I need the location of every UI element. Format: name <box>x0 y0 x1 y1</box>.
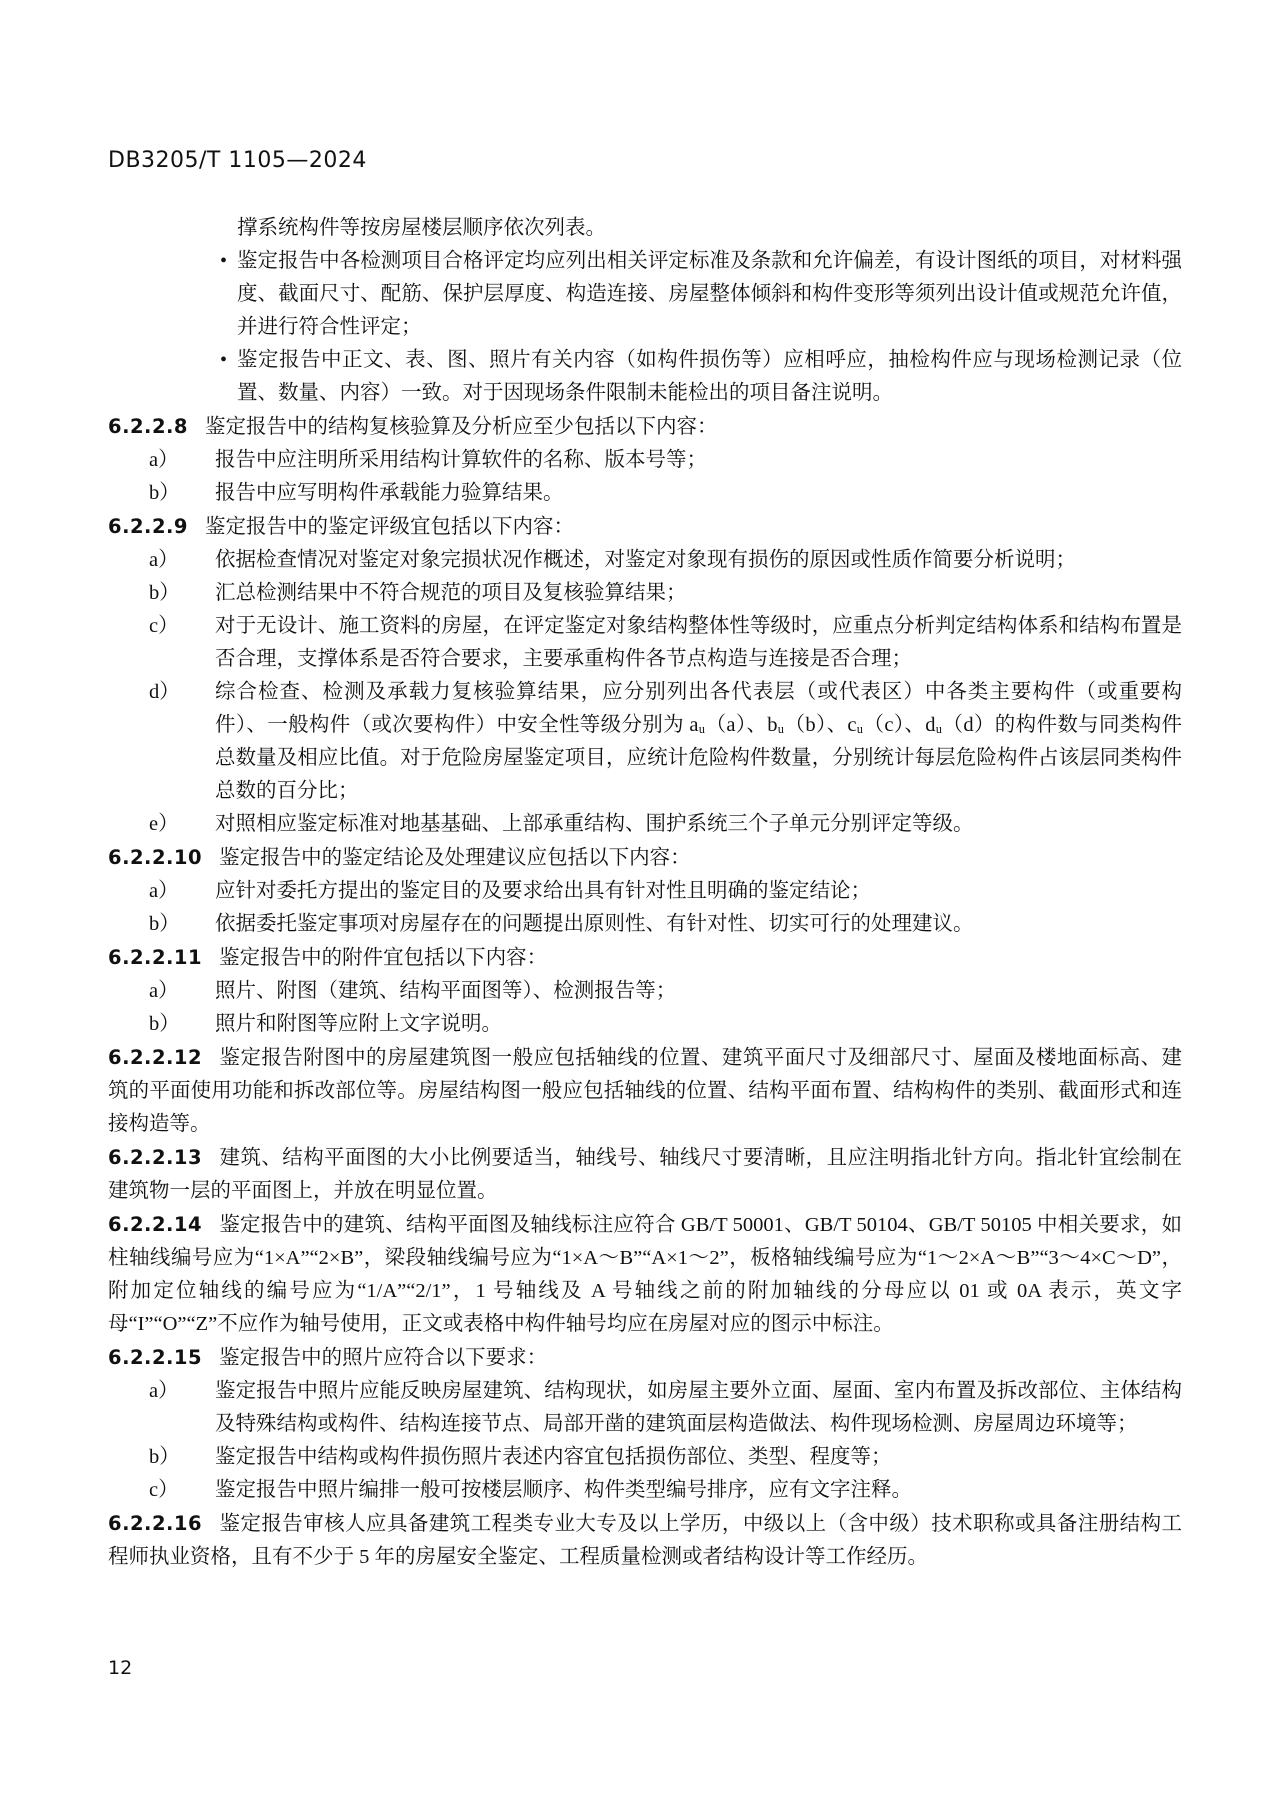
clause-number: 6.2.2.15 <box>108 1346 202 1369</box>
list-item-text: 照片、附图（建筑、结构平面图等）、检测报告等； <box>215 980 676 1002</box>
list-item-label: c） <box>149 610 179 643</box>
list-item-label: a） <box>149 875 179 908</box>
clause-number: 6.2.2.9 <box>108 515 188 538</box>
list-item-label: b） <box>149 477 180 510</box>
list-item-label: c） <box>149 1474 179 1507</box>
list-item-text: 鉴定报告中照片应能反映房屋建筑、结构现状，如房屋主要外立面、屋面、室内布置及拆改… <box>215 1380 1182 1435</box>
list-item: b）报告中应写明构件承载能力验算结果。 <box>108 477 1182 510</box>
list-item-text: 依据委托鉴定事项对房屋存在的问题提出原则性、有针对性、切实可行的处理建议。 <box>215 913 974 935</box>
clause-paragraph: 6.2.2.15鉴定报告中的照片应符合以下要求： <box>108 1341 1182 1375</box>
list-item-label: b） <box>149 1441 180 1474</box>
list-item-label: a） <box>149 975 179 1008</box>
clause-number: 6.2.2.11 <box>108 946 202 969</box>
list-item-text: 对照相应鉴定标准对地基基础、上部承重结构、围护系统三个子单元分别评定等级。 <box>215 813 974 835</box>
list-item-text: 鉴定报告中结构或构件损伤照片表述内容宜包括损伤部位、类型、程度等； <box>215 1446 892 1468</box>
list-item-text: 照片和附图等应附上文字说明。 <box>215 1013 502 1035</box>
standard-number-header: DB3205/T 1105—2024 <box>108 148 367 173</box>
list-item-label: a） <box>149 444 179 477</box>
list-item-text: 报告中应注明所采用结构计算软件的名称、版本号等； <box>215 449 707 471</box>
list-item: b）照片和附图等应附上文字说明。 <box>108 1008 1182 1041</box>
bullet-icon: • <box>220 344 227 377</box>
list-item-text: 应针对委托方提出的鉴定目的及要求给出具有针对性且明确的鉴定结论； <box>215 880 871 902</box>
clause-number: 6.2.2.10 <box>108 846 202 869</box>
bullet-icon: • <box>220 245 227 278</box>
list-item-label: e） <box>149 808 179 841</box>
list-item: d）综合检查、检测及承载力复核验算结果，应分别列出各代表层（或代表区）中各类主要… <box>108 676 1182 808</box>
list-item-label: d） <box>149 676 180 709</box>
list-item: a）应针对委托方提出的鉴定目的及要求给出具有针对性且明确的鉴定结论； <box>108 875 1182 908</box>
list-item: b）依据委托鉴定事项对房屋存在的问题提出原则性、有针对性、切实可行的处理建议。 <box>108 908 1182 941</box>
bullet-item: •鉴定报告中正文、表、图、照片有关内容（如构件损伤等）应相呼应，抽检构件应与现场… <box>108 344 1182 410</box>
list-item-label: b） <box>149 908 180 941</box>
list-item-text: 报告中应写明构件承载能力验算结果。 <box>215 482 564 504</box>
clause-paragraph: 6.2.2.16鉴定报告审核人应具备建筑工程类专业大专及以上学历，中级以上（含中… <box>108 1507 1182 1574</box>
clause-text: 鉴定报告中的附件宜包括以下内容： <box>219 947 547 969</box>
page-number: 12 <box>108 1657 132 1679</box>
list-item-label: b） <box>149 577 180 610</box>
clause-paragraph: 6.2.2.9鉴定报告中的鉴定评级宜包括以下内容： <box>108 510 1182 544</box>
clause-text: 鉴定报告中的鉴定结论及处理建议应包括以下内容： <box>219 847 691 869</box>
list-item: a）鉴定报告中照片应能反映房屋建筑、结构现状，如房屋主要外立面、屋面、室内布置及… <box>108 1375 1182 1441</box>
list-item-text: 对于无设计、施工资料的房屋，在评定鉴定对象结构整体性等级时，应重点分析判定结构体… <box>215 615 1182 670</box>
list-item-text: 依据检查情况对鉴定对象完损状况作概述，对鉴定对象现有损伤的原因或性质作简要分析说… <box>215 549 1076 571</box>
list-item: c）鉴定报告中照片编排一般可按楼层顺序、构件类型编号排序，应有文字注释。 <box>108 1474 1182 1507</box>
list-item: b）汇总检测结果中不符合规范的项目及复核验算结果； <box>108 577 1182 610</box>
content-area: 撑系统构件等按房屋楼层顺序依次列表。•鉴定报告中各检测项目合格评定均应列出相关评… <box>108 212 1182 1574</box>
list-item-text: 汇总检测结果中不符合规范的项目及复核验算结果； <box>215 582 687 604</box>
list-item-text: 鉴定报告中照片编排一般可按楼层顺序、构件类型编号排序，应有文字注释。 <box>215 1479 912 1501</box>
clause-text: 鉴定报告中的照片应符合以下要求： <box>219 1347 547 1369</box>
clause-number: 6.2.2.12 <box>108 1046 202 1069</box>
clause-text: 建筑、结构平面图的大小比例要适当，轴线号、轴线尺寸要清晰，且应注明指北针方向。指… <box>108 1147 1182 1202</box>
bullet-item-text: 鉴定报告中正文、表、图、照片有关内容（如构件损伤等）应相呼应，抽检构件应与现场检… <box>237 349 1182 404</box>
clause-paragraph: 6.2.2.14鉴定报告中的建筑、结构平面图及轴线标注应符合 GB/T 5000… <box>108 1208 1182 1341</box>
clause-text: 鉴定报告审核人应具备建筑工程类专业大专及以上学历，中级以上（含中级）技术职称或具… <box>108 1513 1182 1568</box>
list-item: b）鉴定报告中结构或构件损伤照片表述内容宜包括损伤部位、类型、程度等； <box>108 1441 1182 1474</box>
continuation-text: 撑系统构件等按房屋楼层顺序依次列表。 <box>108 212 1182 245</box>
document-page: DB3205/T 1105—2024 撑系统构件等按房屋楼层顺序依次列表。•鉴定… <box>0 0 1280 1810</box>
clause-number: 6.2.2.14 <box>108 1213 202 1236</box>
bullet-item: •鉴定报告中各检测项目合格评定均应列出相关评定标准及条款和允许偏差，有设计图纸的… <box>108 245 1182 344</box>
clause-number: 6.2.2.16 <box>108 1512 202 1535</box>
clause-number: 6.2.2.13 <box>108 1146 202 1169</box>
list-item: a）报告中应注明所采用结构计算软件的名称、版本号等； <box>108 444 1182 477</box>
clause-paragraph: 6.2.2.10鉴定报告中的鉴定结论及处理建议应包括以下内容： <box>108 841 1182 875</box>
clause-text: 鉴定报告附图中的房屋建筑图一般应包括轴线的位置、建筑平面尺寸及细部尺寸、屋面及楼… <box>108 1047 1182 1135</box>
continuation-text-line: 撑系统构件等按房屋楼层顺序依次列表。 <box>237 217 606 239</box>
clause-number: 6.2.2.8 <box>108 415 188 438</box>
list-item-label: a） <box>149 1375 179 1408</box>
list-item-label: a） <box>149 544 179 577</box>
clause-text: 鉴定报告中的鉴定评级宜包括以下内容： <box>205 516 574 538</box>
clause-text: 鉴定报告中的建筑、结构平面图及轴线标注应符合 GB/T 50001、GB/T 5… <box>108 1214 1182 1335</box>
bullet-item-text: 鉴定报告中各检测项目合格评定均应列出相关评定标准及条款和允许偏差，有设计图纸的项… <box>237 250 1182 338</box>
clause-paragraph: 6.2.2.11鉴定报告中的附件宜包括以下内容： <box>108 941 1182 975</box>
list-item-text: 综合检查、检测及承载力复核验算结果，应分别列出各代表层（或代表区）中各类主要构件… <box>215 681 1182 802</box>
clause-paragraph: 6.2.2.13建筑、结构平面图的大小比例要适当，轴线号、轴线尺寸要清晰，且应注… <box>108 1141 1182 1208</box>
clause-paragraph: 6.2.2.12鉴定报告附图中的房屋建筑图一般应包括轴线的位置、建筑平面尺寸及细… <box>108 1041 1182 1141</box>
clause-text: 鉴定报告中的结构复核验算及分析应至少包括以下内容： <box>205 416 718 438</box>
clause-paragraph: 6.2.2.8鉴定报告中的结构复核验算及分析应至少包括以下内容： <box>108 410 1182 444</box>
list-item: c）对于无设计、施工资料的房屋，在评定鉴定对象结构整体性等级时，应重点分析判定结… <box>108 610 1182 676</box>
list-item: a）依据检查情况对鉴定对象完损状况作概述，对鉴定对象现有损伤的原因或性质作简要分… <box>108 544 1182 577</box>
list-item: a）照片、附图（建筑、结构平面图等）、检测报告等； <box>108 975 1182 1008</box>
list-item-label: b） <box>149 1008 180 1041</box>
list-item: e）对照相应鉴定标准对地基基础、上部承重结构、围护系统三个子单元分别评定等级。 <box>108 808 1182 841</box>
